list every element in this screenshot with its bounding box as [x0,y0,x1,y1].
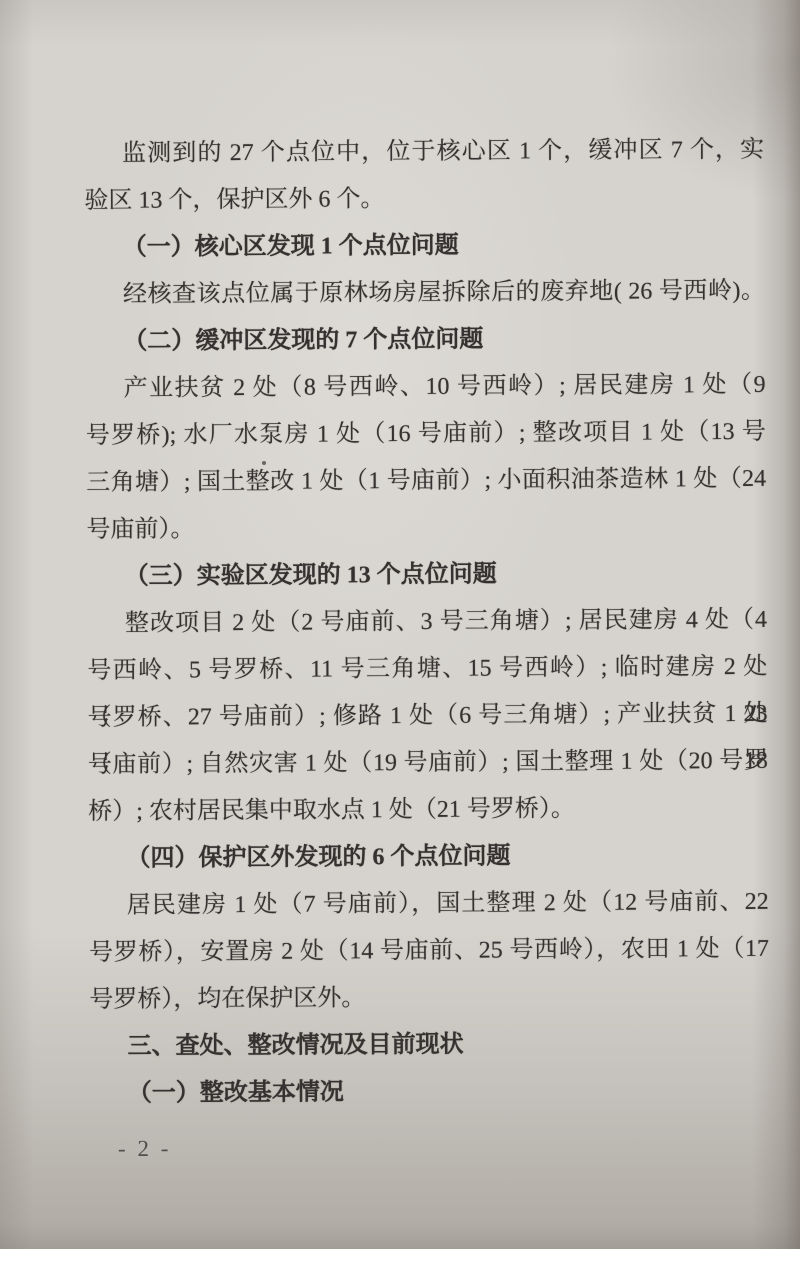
paragraph-line: 经核查该点位属于原林场房屋拆除后的废弃地( 26 号西岭)。 [85,268,765,319]
section-heading: （四）保护区外发现的 6 个点位问题 [88,832,768,883]
paragraph-line: 桥）; 农村居民集中取水点 1 处（21 号罗桥）。 [88,785,768,836]
paragraph-line: 产业扶贫 2 处（8 号西岭、10 号西岭）; 居民建房 1 处（9 [85,362,765,413]
paragraph-line: 验区 13 个，保护区外 6 个。 [84,174,764,225]
section-heading: （二）缓冲区发现的 7 个点位问题 [85,315,765,366]
paragraph-line: 三角塘）; 国土整改 1 处（1 号庙前）; 小面积油茶造林 1 处（24 [86,456,766,507]
paragraph-line: 号庙前）。 [86,503,766,554]
paragraph-line: 号罗桥、27 号庙前）; 修路 1 处（6 号三角塘）; 产业扶贫 1 处（18 [87,691,767,742]
paragraph-line: 号罗桥); 水厂水泵房 1 处（16 号庙前）; 整改项目 1 处（13 号 [86,409,766,460]
ink-speck [262,461,266,465]
paragraph-line: 号西岭、5 号罗桥、11 号三角塘、15 号西岭）; 临时建房 2 处（23 [87,644,767,695]
section-heading: （一）核心区发现 1 个点位问题 [85,221,765,272]
section-heading: （三）实验区发现的 13 个点位问题 [87,550,767,601]
section-heading: 三、查处、整改情况及目前现状 [89,1020,769,1071]
paragraph-line: 整改项目 2 处（2 号庙前、3 号三角塘）; 居民建房 4 处（4 [87,597,767,648]
paper-photo-background: 监测到的 27 个点位中，位于核心区 1 个，缓冲区 7 个，实 验区 13 个… [0,0,800,1249]
document-text-block: 监测到的 27 个点位中，位于核心区 1 个，缓冲区 7 个，实 验区 13 个… [84,127,770,1118]
paragraph-line: 居民建房 1 处（7 号庙前），国土整理 2 处（12 号庙前、22 [89,879,769,930]
page-number: - 2 - [118,1136,171,1162]
paragraph-line: 号罗桥），安置房 2 处（14 号庙前、25 号西岭），农田 1 处（17 [89,926,769,977]
paragraph-line: 监测到的 27 个点位中，位于核心区 1 个，缓冲区 7 个，实 [84,127,764,178]
paragraph-line: 号罗桥），均在保护区外。 [89,973,769,1024]
section-heading: （一）整改基本情况 [90,1067,770,1118]
scanned-page: 监测到的 27 个点位中，位于核心区 1 个，缓冲区 7 个，实 验区 13 个… [0,0,800,1281]
paragraph-line: 号庙前）; 自然灾害 1 处（19 号庙前）; 国土整理 1 处（20 号罗 [88,738,768,789]
photo-bottom-margin [0,1249,800,1281]
